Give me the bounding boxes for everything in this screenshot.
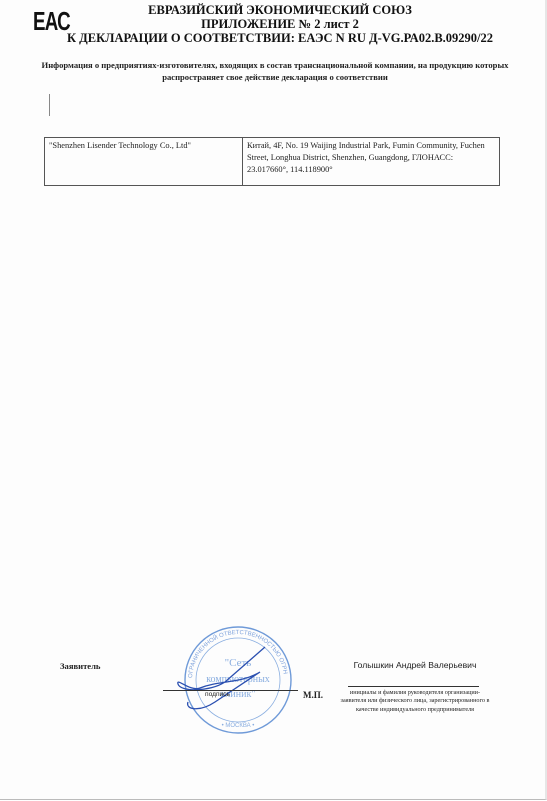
appendix-title: ПРИЛОЖЕНИЕ № 2 лист 2 [60, 17, 500, 32]
table-row: "Shenzhen Lisender Technology Co., Ltd" … [45, 138, 500, 186]
signer-name: Голышкин Андрей Валерьевич [350, 659, 480, 671]
signature-line [163, 690, 298, 691]
declaration-number: К ДЕКЛАРАЦИИ О СООТВЕТСТВИИ: ЕАЭС N RU Д… [60, 31, 500, 46]
signer-caption: инициалы и фамилия руководителя организа… [340, 689, 490, 714]
union-title: ЕВРАЗИЙСКИЙ ЭКОНОМИЧЕСКИЙ СОЮЗ [60, 3, 500, 18]
document-page: ЕАС ЕВРАЗИЙСКИЙ ЭКОНОМИЧЕСКИЙ СОЮЗ ПРИЛО… [0, 0, 547, 800]
manufacturer-name: "Shenzhen Lisender Technology Co., Ltd" [45, 138, 243, 186]
seal-label: М.П. [303, 690, 323, 700]
manufacturer-address: Китай, 4F, No. 19 Waijing Industrial Par… [243, 138, 500, 186]
signature-caption: подпись [205, 691, 230, 698]
signer-line [348, 686, 479, 687]
company-stamp-icon: ОГРАНИЧЕННОЙ ОТВЕТСТВЕННОСТЬЮ ОГРН "Сеть… [170, 622, 300, 737]
manufacturers-table: "Shenzhen Lisender Technology Co., Ltd" … [44, 137, 500, 186]
svg-text:• МОСКВА •: • МОСКВА • [222, 723, 255, 729]
applicant-label: Заявитель [60, 661, 100, 671]
info-text: Информация о предприятиях-изготовителях,… [40, 59, 510, 83]
text-cursor-mark [49, 94, 50, 116]
